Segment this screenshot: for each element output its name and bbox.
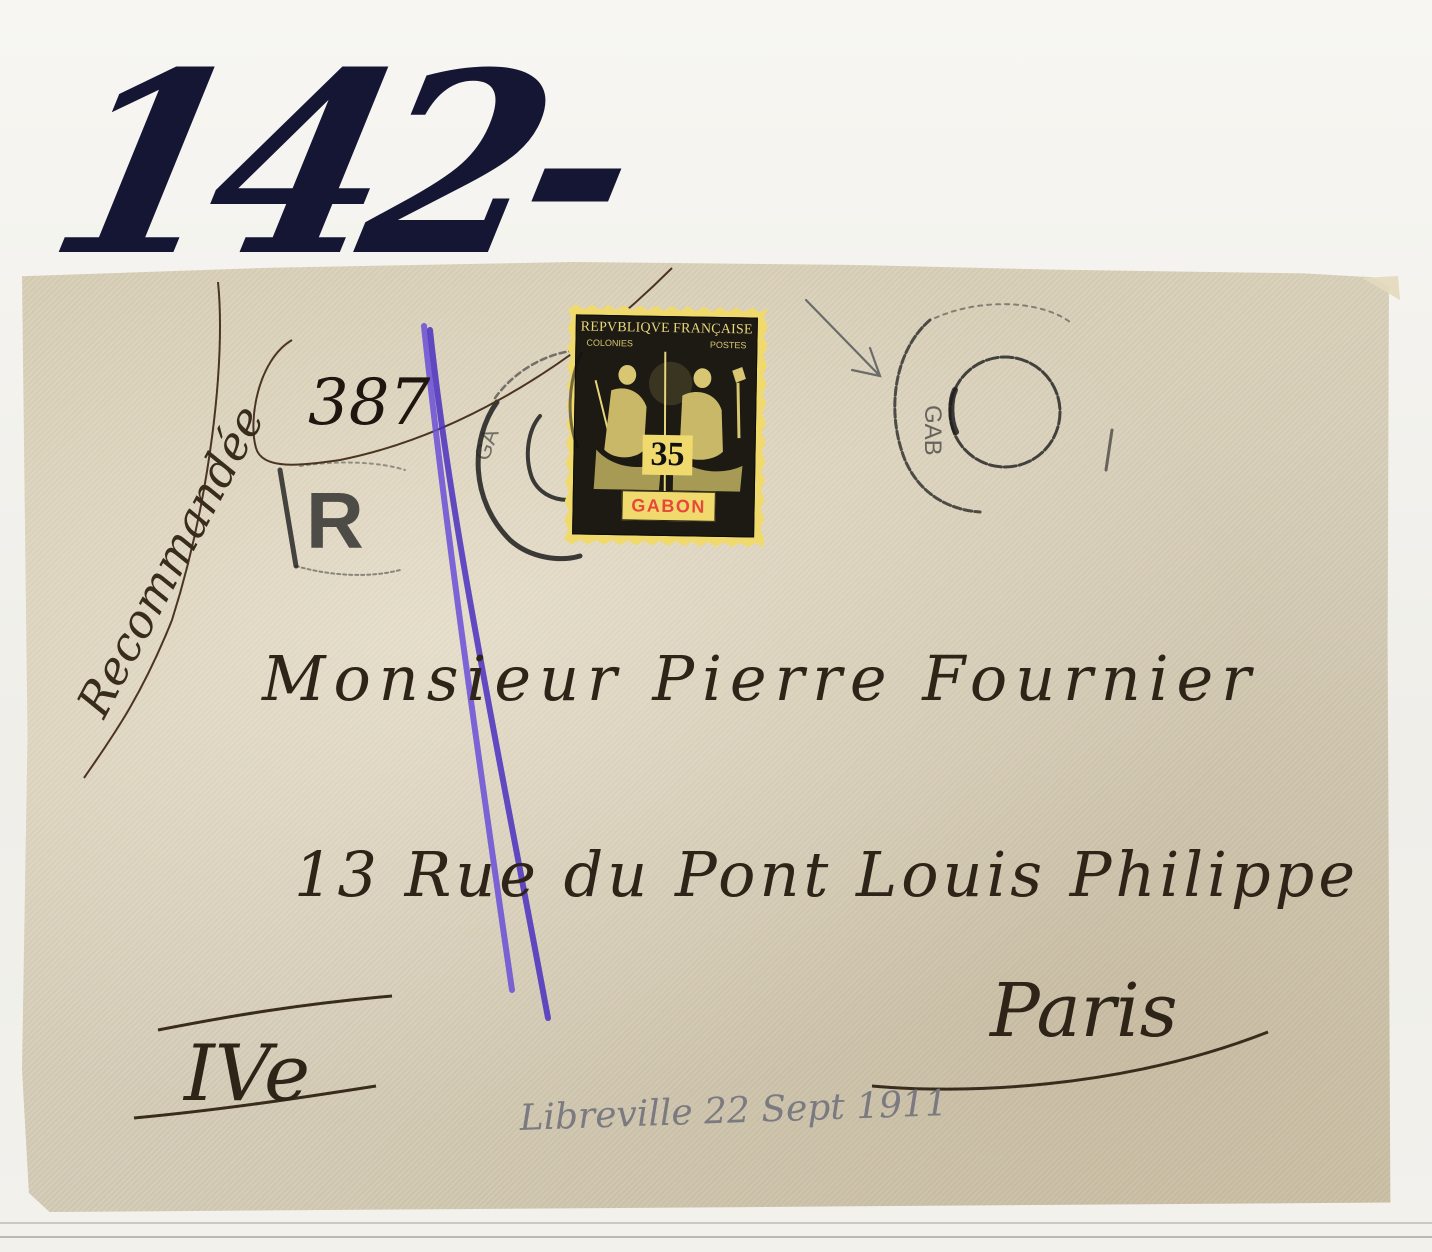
postage-stamp-gabon-35c: REPVBLIQVE FRANÇAISE COLONIES POSTES 35 … <box>564 304 768 547</box>
arrondissement-label: IVe <box>182 1029 310 1119</box>
svg-text:R: R <box>306 476 364 565</box>
stamp-country-name: GABON <box>621 490 716 522</box>
envelope-markings: GA GAB R 142- Recommandée 387 Monsieur <box>0 0 1432 1252</box>
postmark-left: GA <box>469 350 580 559</box>
stamp-subheader-left: COLONIES <box>586 338 633 351</box>
flap-corner <box>1362 276 1400 300</box>
stamp-denomination-number: 35 <box>650 436 685 474</box>
stamp-subheader-right: POSTES <box>710 340 747 353</box>
svg-text:GA: GA <box>469 425 503 464</box>
stamp-denomination: 35 <box>642 435 693 476</box>
address-line-street: 13 Rue du Pont Louis Philippe <box>294 838 1359 911</box>
arrondissement-overline <box>158 996 392 1030</box>
stamp-design: REPVBLIQVE FRANÇAISE COLONIES POSTES 35 … <box>572 314 758 537</box>
registration-box-r: R <box>280 463 405 575</box>
pencil-arrow <box>806 300 880 376</box>
address-line-recipient: Monsieur Pierre Fournier <box>261 642 1259 715</box>
lot-number: 142- <box>30 18 654 312</box>
pencil-note: Libreville 22 Sept 1911 <box>518 1083 949 1139</box>
postmark-right: GAB <box>895 304 1112 512</box>
recommandee-label: Recommandée <box>66 397 275 727</box>
stamp-header-left: REPVBLIQVE <box>581 319 670 339</box>
address-line-city: Paris <box>988 968 1178 1054</box>
registration-number: 387 <box>308 366 430 440</box>
svg-text:GAB: GAB <box>919 405 946 456</box>
stamp-allegory-figures-icon <box>574 349 757 502</box>
stamp-header-right: FRANÇAISE <box>673 321 753 340</box>
